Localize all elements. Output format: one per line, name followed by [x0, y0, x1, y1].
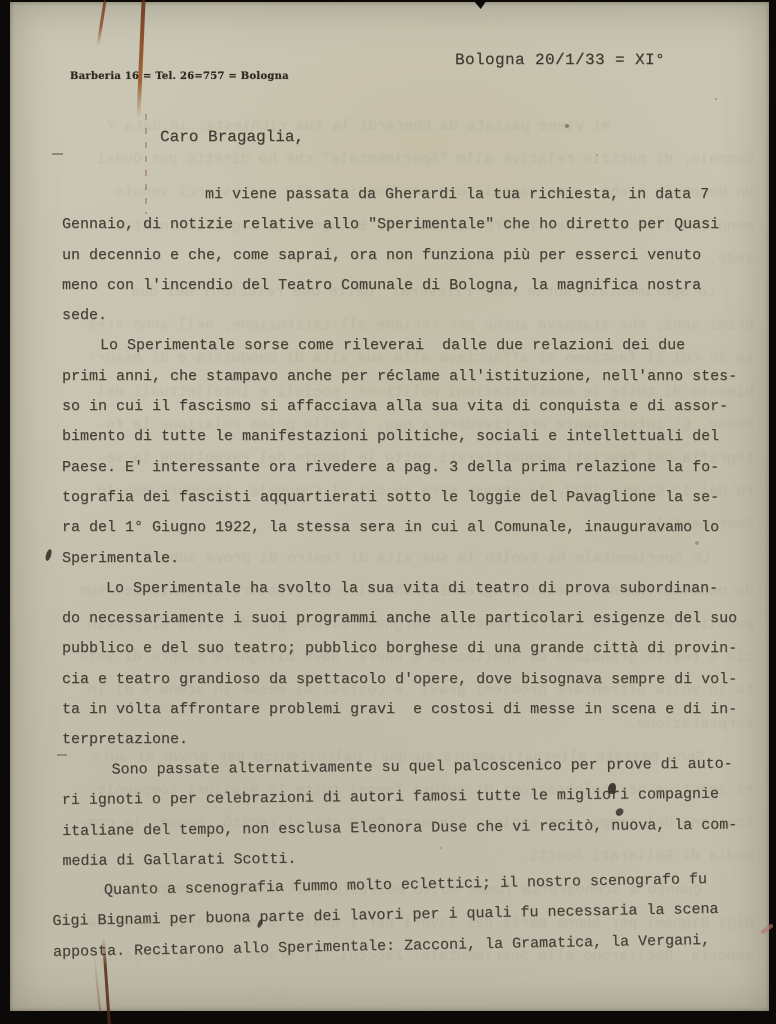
- paragraph: Sono passate alternativamente su quel pa…: [61, 749, 766, 877]
- paragraph: mi viene passata da Gherardi la tua rich…: [62, 180, 766, 331]
- letter-page: mi viene passata da Gherardi la tua rich…: [10, 2, 769, 1011]
- typewritten-line: ra del 1° Giugno 1922, la stessa sera in…: [62, 513, 766, 543]
- typewritten-line: Lo Sperimentale sorse come rileverai dal…: [100, 331, 766, 361]
- typewritten-line: do necessariamente i suoi programmi anch…: [62, 604, 766, 634]
- bleed-line: Gennaio, di notizie relative allo "Speri…: [38, 143, 754, 176]
- bleed-line: mi viene passata da Gherardi la tua rich…: [38, 110, 611, 143]
- typewritten-line: pubblico e del suo teatro; pubblico borg…: [62, 634, 766, 664]
- typewritten-line: Gennaio, di notizie relative allo "Speri…: [62, 210, 766, 240]
- typewritten-line: so in cui il fascismo si affacciava alla…: [62, 392, 766, 422]
- paragraph: Lo Sperimentale ha svolto la sua vita di…: [62, 574, 766, 756]
- stray-mark: [52, 153, 63, 155]
- dust-specks: [10, 2, 12, 4]
- typewritten-line: Sperimentale.: [62, 544, 766, 574]
- letter-body: mi viene passata da Gherardi la tua rich…: [62, 180, 766, 968]
- typewritten-line: bimento di tutte le manifestazioni polit…: [62, 422, 766, 452]
- typewritten-line: meno con l'incendio del Teatro Comunale …: [62, 271, 766, 301]
- rust-streak: [136, 0, 145, 118]
- typewritten-line: tografia dei fascisti aqquartierati sott…: [62, 483, 766, 513]
- document-photo: mi viene passata da Gherardi la tua rich…: [0, 0, 776, 1024]
- typewritten-line: mi viene passata da Gherardi la tua rich…: [205, 180, 766, 210]
- typewritten-line: un decennio e che, come saprai, ora non …: [62, 241, 766, 271]
- salutation: Caro Bragaglia,: [160, 128, 304, 146]
- typewritten-line: Paese. E' interessante ora rivedere a pa…: [62, 453, 766, 483]
- typewritten-line: cia e teatro grandioso da spettacolo d'o…: [62, 665, 766, 695]
- letterhead: Barberia 16 = Tel. 26=757 = Bologna: [70, 71, 289, 82]
- typewritten-line: primi anni, che stampavo anche per récla…: [62, 362, 766, 392]
- rust-streak: [96, 0, 106, 46]
- typewritten-line: italiane del tempo, non esclusa Eleonora…: [62, 809, 766, 846]
- typewritten-line: sede.: [62, 301, 766, 331]
- ink-blot: [45, 549, 53, 562]
- typewritten-line: Lo Sperimentale ha svolto la sua vita di…: [106, 574, 766, 604]
- dateline: Bologna 20/1/33 = XI°: [455, 51, 665, 69]
- paragraph: Lo Sperimentale sorse come rileverai dal…: [62, 331, 766, 573]
- typewritten-line: ta in volta affrontare problemi gravi e …: [62, 695, 766, 725]
- stray-mark: [57, 754, 67, 756]
- paragraph: Quanto a scenografia fummo molto ecletti…: [52, 864, 767, 968]
